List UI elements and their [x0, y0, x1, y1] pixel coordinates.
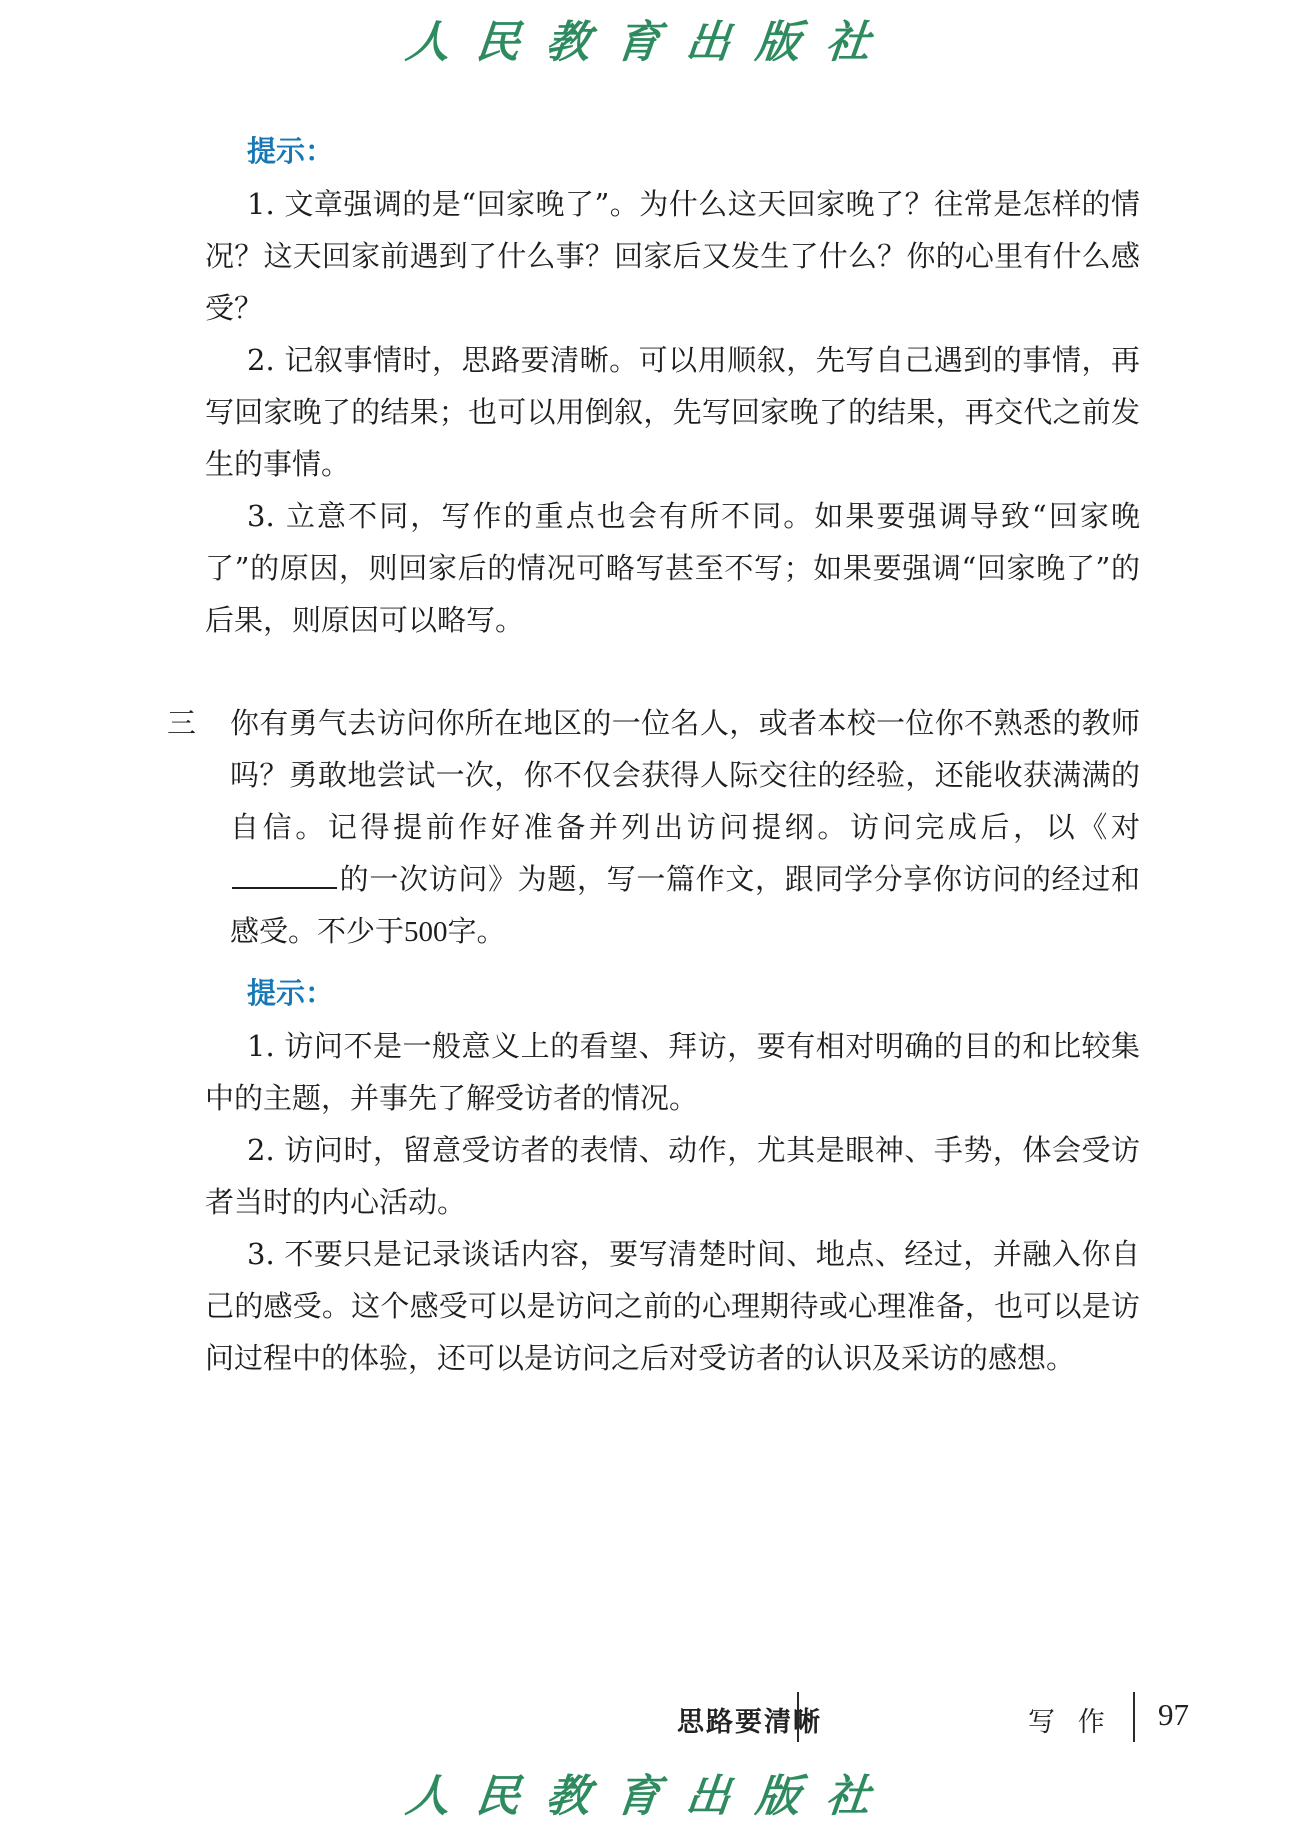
footer-page-number: 97 — [1158, 1697, 1189, 1733]
hint-2-item-3: 3. 不要只是记录谈话内容，要写清楚时间、地点、经过，并融入你自己的感受。这个感… — [205, 1228, 1140, 1384]
hint-label-1: 提示： — [205, 126, 1140, 178]
footer-unit-label: 写 作 — [1028, 1700, 1113, 1739]
textbook-page: 人民教育出版社 提示： 1. 文章强调的是“回家晚了”。为什么这天回家晚了？往常… — [0, 0, 1303, 1842]
hint-2-item-2: 2. 访问时，留意受访者的表情、动作，尤其是眼神、手势，体会受访者当时的内心活动… — [205, 1124, 1140, 1228]
footer-lesson-title: 思路要清晰 — [677, 1700, 822, 1739]
footer-divider-2 — [1133, 1692, 1135, 1742]
exercise-three-text: 你有勇气去访问你所在地区的一位名人，或者本校一位你不熟悉的教师吗？勇敢地尝试一次… — [230, 698, 1140, 958]
fill-in-blank — [232, 879, 337, 889]
hint-1-item-3: 3. 立意不同，写作的重点也会有所不同。如果要强调导致“回家晚了”的原因，则回家… — [205, 490, 1140, 646]
page-content: 提示： 1. 文章强调的是“回家晚了”。为什么这天回家晚了？往常是怎样的情况？这… — [205, 126, 1140, 1384]
exercise-three-text-before-blank: 你有勇气去访问你所在地区的一位名人，或者本校一位你不熟悉的教师吗？勇敢地尝试一次… — [230, 708, 1140, 844]
exercise-three: 三 你有勇气去访问你所在地区的一位名人，或者本校一位你不熟悉的教师吗？勇敢地尝试… — [167, 698, 1140, 958]
hint-1-item-1: 1. 文章强调的是“回家晚了”。为什么这天回家晚了？往常是怎样的情况？这天回家前… — [205, 178, 1140, 334]
hint-block-2: 提示： 1. 访问不是一般意义上的看望、拜访，要有相对明确的目的和比较集中的主题… — [205, 968, 1140, 1384]
publisher-logo-bottom: 人民教育出版社 — [0, 1760, 1303, 1824]
page-footer: 思路要清晰 写 作 97 — [0, 1692, 1303, 1742]
hint-1-item-2: 2. 记叙事情时，思路要清晰。可以用顺叙，先写自己遇到的事情，再写回家晚了的结果… — [205, 334, 1140, 490]
hint-label-2: 提示： — [205, 968, 1140, 1020]
hint-2-item-1: 1. 访问不是一般意义上的看望、拜访，要有相对明确的目的和比较集中的主题，并事先… — [205, 1020, 1140, 1124]
exercise-three-marker: 三 — [167, 698, 230, 958]
footer-divider-1 — [797, 1692, 799, 1742]
hint-block-1: 提示： 1. 文章强调的是“回家晚了”。为什么这天回家晚了？往常是怎样的情况？这… — [205, 126, 1140, 646]
publisher-logo-top: 人民教育出版社 — [0, 6, 1303, 70]
exercise-three-text-after-blank: 的一次访问》为题，写一篇作文，跟同学分享你访问的经过和感受。不少于500字。 — [230, 864, 1140, 948]
